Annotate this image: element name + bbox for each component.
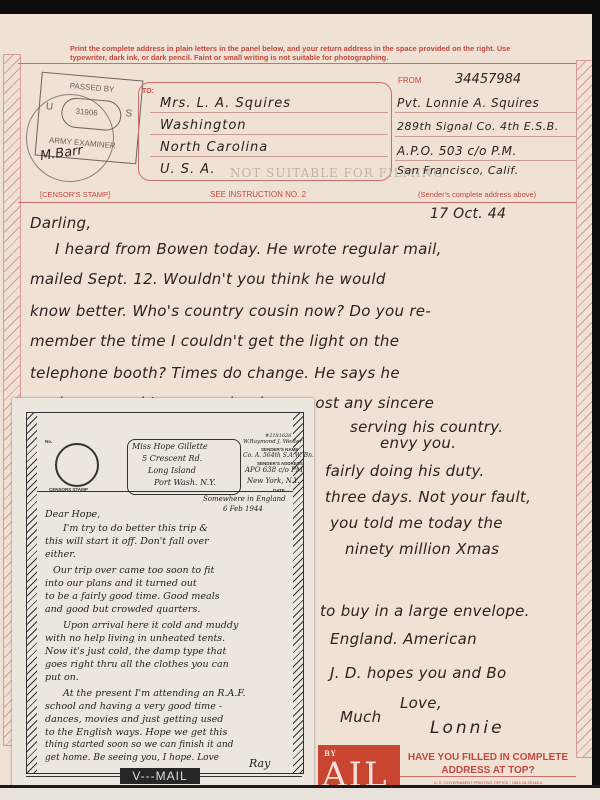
letter-date: 17 Oct. 44: [430, 206, 506, 222]
censor-stamp-label: [CENSOR'S STAMP]: [40, 190, 110, 199]
sender-line-4: San Francisco, Calif.: [397, 164, 519, 177]
letter-line: I heard from Bowen today. He wrote regul…: [55, 240, 442, 258]
recipient-line-1: Mrs. L. A. Squires: [160, 96, 291, 111]
vmail-recipient-panel: Miss Hope Gillette 5 Crescent Rd. Long I…: [127, 439, 241, 495]
letter-line: mailed Sept. 12. Wouldn't you think he w…: [30, 270, 386, 288]
vmail-line: to be a fairly good time. Good meals: [45, 591, 220, 602]
vmail-header: No. CENSORS STAMP Miss Hope Gillette 5 C…: [41, 433, 303, 493]
vmail-sender-name: W.Raymond J. Wester: [243, 439, 302, 445]
vmail-line: goes right thru all the clothes you can: [45, 659, 229, 670]
vmail-recipient-line-3: Long Island: [148, 466, 196, 475]
letter-line: England. American: [330, 630, 477, 648]
vmail-photo-overlay: No. CENSORS STAMP Miss Hope Gillette 5 C…: [12, 398, 314, 790]
form-divider-mid: [18, 202, 576, 203]
stamp-u: U: [45, 101, 53, 113]
letter-line: fairly doing his duty.: [325, 462, 485, 480]
vmail-line: to the English ways. Hope we get this: [45, 727, 227, 738]
vmail-line: this will start it off. Don't fall over: [45, 536, 209, 547]
letter-line: member the time I couldn't get the light…: [30, 332, 399, 350]
vmail-signature: Ray: [249, 757, 270, 770]
to-label: TO:: [142, 88, 154, 95]
stamp-number: 31906: [75, 107, 98, 118]
letter-salutation: Darling,: [30, 214, 91, 232]
vmail-line: into our plans and it turned out: [45, 578, 197, 589]
sender-address-label: (Sender's complete address above): [418, 190, 536, 199]
stamp-s: S: [125, 108, 133, 120]
vmail-line: dances, movies and just getting used: [45, 714, 223, 725]
filled-address-notice: HAVE YOU FILLED IN COMPLETE ADDRESS AT T…: [400, 751, 576, 777]
letter-line: ninety million Xmas: [345, 540, 499, 558]
sender-line-1: Pvt. Lonnie A. Squires: [397, 96, 539, 110]
vmail-salutation: Dear Hope,: [45, 509, 100, 520]
vmail-censor-stamp: [55, 443, 99, 487]
scan-border-bottom: [0, 785, 600, 800]
vmail-line: thing started soon so we can finish it a…: [45, 740, 233, 750]
vmail-line: school and having a very good time -: [45, 701, 222, 712]
vmail-frame: No. CENSORS STAMP Miss Hope Gillette 5 C…: [26, 412, 304, 774]
vmail-line: At the present I'm attending an R.A.F.: [63, 688, 246, 699]
see-instruction-label: SEE INSTRUCTION NO. 2: [210, 190, 306, 199]
vmail-line: get home. Be seeing you, I hope. Love: [45, 753, 219, 763]
footer-rule: [400, 776, 576, 777]
from-rule: [395, 112, 577, 113]
recipient-line-4: U. S. A.: [160, 162, 216, 177]
vmail-line: with no help living in unheated tents.: [45, 633, 225, 644]
addr-rule: [150, 134, 388, 135]
letter-line: three days. Not your fault,: [325, 488, 531, 506]
vmail-line: and good but crowded quarters.: [45, 604, 200, 615]
vmail-line: Our trip over came too soon to fit: [53, 565, 214, 576]
scan-border-right: [592, 0, 600, 800]
addr-rule: [150, 156, 388, 157]
letter-line: to buy in a large envelope.: [320, 602, 530, 620]
recipient-line-2: Washington: [160, 118, 247, 133]
vmail-hatch-left: [27, 413, 37, 773]
letter-line: you told me today the: [330, 514, 503, 532]
vmail-line: either.: [45, 549, 76, 560]
sender-serial: 34457984: [455, 72, 521, 87]
stamp-passed-by: PASSED BY: [69, 81, 114, 94]
from-rule: [395, 136, 577, 137]
vmail-recipient-line-2: 5 Crescent Rd.: [142, 454, 202, 463]
letter-closing-love: Love,: [400, 694, 442, 712]
letter-signature: Lonnie: [430, 718, 505, 738]
vmail-date-label: DATE: [273, 488, 285, 493]
vmail-sender-apo: APO 638 c/o PM: [245, 466, 303, 474]
recipient-line-3: North Carolina: [160, 140, 268, 155]
letter-line: telephone booth? Times do change. He say…: [30, 364, 400, 382]
vmail-line: I'm try to do better this trip &: [63, 523, 208, 534]
letter-line: know better. Who's country cousin now? D…: [30, 302, 431, 320]
letter-line: envy you.: [380, 434, 456, 452]
vmail-censor-label: CENSORS STAMP: [49, 487, 88, 492]
sender-line-3: A.P.O. 503 c/o P.M.: [397, 144, 517, 158]
vmail-line: Now it's just cold, the damp type that: [45, 646, 226, 657]
sender-line-2: 289th Signal Co. 4th E.S.B.: [397, 120, 559, 133]
vmail-recipient-line-1: Miss Hope Gillette: [132, 442, 208, 451]
vmail-place: Somewhere in England: [203, 495, 286, 503]
letter-line: J. D. hopes you and Bo: [330, 664, 506, 682]
vmail-no-label: No.: [45, 439, 52, 444]
vmail-recipient-line-4: Port Wash. N.Y.: [154, 478, 216, 487]
vmail-sender-unit: Co. A. 564th S.A.W. Bn.: [243, 452, 314, 459]
letter-closing-much: Much: [340, 708, 381, 726]
vmail-badge: V---MAIL: [120, 768, 200, 784]
addr-rule: [150, 112, 388, 113]
vmail-line: put on.: [45, 672, 79, 683]
vmail-line: Upon arrival here it cold and muddy: [63, 620, 238, 631]
form-instructions: Print the complete address in plain lett…: [70, 44, 540, 62]
stamp-oval: 31906: [60, 97, 122, 132]
vmail-sender-city: New York, N.Y.: [247, 477, 300, 485]
form-divider-top: [18, 63, 576, 64]
vmail-date: 6 Feb 1944: [223, 505, 263, 513]
from-label: FROM: [398, 76, 422, 85]
from-rule: [395, 160, 577, 161]
